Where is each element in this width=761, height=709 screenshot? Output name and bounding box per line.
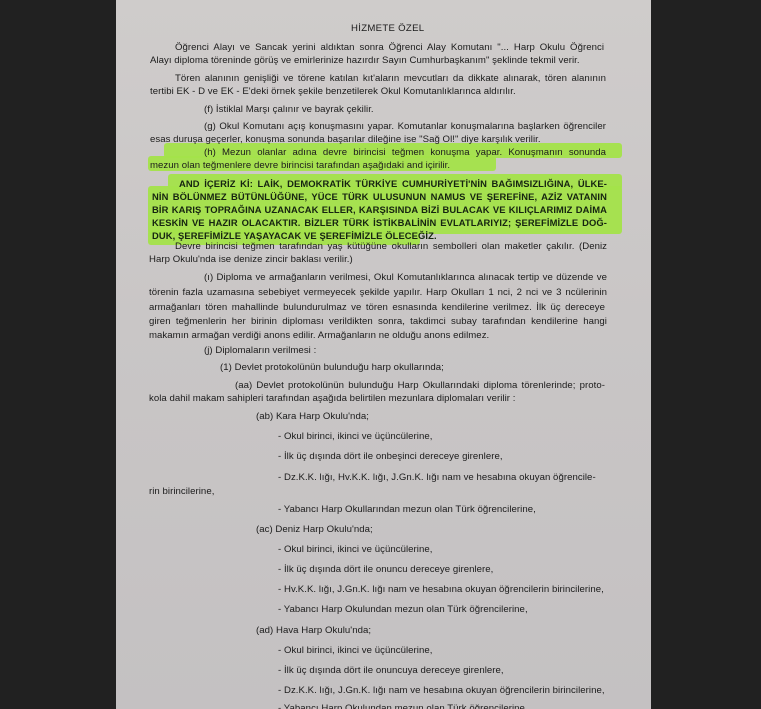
list-item: - İlk üç dışında dört ile onuncuya derec…: [278, 665, 504, 677]
paragraph-line: (g) Okul Komutanı açış konuşmasını yapar…: [204, 121, 606, 133]
paragraph-line: (f) İstiklal Marşı çalınır ve bayrak çek…: [204, 104, 374, 116]
paragraph-line: mezun olan teğmenlere devre birincisi ta…: [150, 160, 450, 172]
oath-line: KESKİN VE HAZIR OLACAKTIR. BİZLER TÜRK İ…: [152, 217, 607, 229]
paragraph-line: kola dahil makam sahipleri tarafından aş…: [149, 393, 515, 405]
list-item: - İlk üç dışında dört ile onbeşinci dere…: [278, 451, 503, 463]
list-item: - Yabancı Harp Okullarından mezun olan T…: [278, 504, 536, 516]
oath-line: AND İÇERİZ Kİ: LAİK, DEMOKRATİK TÜRKİYE …: [179, 178, 607, 190]
paragraph-line: esas duruşa geçerler, konuşma sonunda ba…: [150, 134, 541, 146]
list-item: - İlk üç dışında dört ile onuncu derecey…: [278, 564, 493, 576]
document-header: HİZMETE ÖZEL: [351, 23, 424, 35]
paragraph-line: (ı) Diploma ve armağanların verilmesi, O…: [204, 272, 607, 284]
paragraph-line: (h) Mezun olanlar adına devre birincisi …: [204, 147, 606, 159]
paragraph-line: (j) Diplomaların verilmesi :: [204, 345, 316, 357]
list-item: - Hv.K.K. lığı, J.Gn.K. lığı nam ve hesa…: [278, 584, 604, 596]
paragraph-line: Devre birincisi teğmen tarafından yaş kü…: [175, 241, 607, 253]
paragraph-line: tertibi EK - D ve EK - E'deki örnek şeki…: [150, 86, 516, 98]
list-item: - Dz.K.K. lığı, J.Gn.K. lığı nam ve hesa…: [278, 685, 605, 697]
oath-line: NİN BÖLÜNMEZ BÜTÜNLÜĞÜNE, YÜCE TÜRK ULUS…: [152, 191, 607, 203]
paragraph-line: Alayı diploma töreninde görüş ve emirler…: [150, 55, 580, 67]
paragraph-line: Öğrenci Alayı ve Sancak yerini aldıktan …: [175, 42, 604, 54]
list-item: - Okul birinci, ikinci ve üçüncülerine,: [278, 544, 432, 556]
paragraph-line: (aa) Devlet protokolünün bulunduğu Harp …: [235, 380, 605, 392]
list-item: - Okul birinci, ikinci ve üçüncülerine,: [278, 431, 432, 443]
paragraph-line: törenin fazla uzamasına sebebiyet vermey…: [149, 287, 607, 299]
list-item: - Dz.K.K. lığı, Hv.K.K. lığı, J.Gn.K. lı…: [278, 472, 596, 484]
paragraph-line: giren teğmenlerin her birinin diploması …: [149, 316, 607, 328]
paragraph-line: (1) Devlet protokolünün bulunduğu harp o…: [220, 362, 444, 374]
list-item: rin birincilerine,: [149, 486, 214, 498]
oath-line: BİR KARIŞ TOPRAĞINA UZANACAK ELLER, KARŞ…: [152, 204, 607, 216]
list-item: - Yabancı Harp Okulundan mezun olan Türk…: [278, 703, 528, 709]
section-heading: (ab) Kara Harp Okulu'nda;: [256, 411, 369, 423]
list-item: - Okul birinci, ikinci ve üçüncülerine,: [278, 645, 432, 657]
document-page: HİZMETE ÖZEL Öğrenci Alayı ve Sancak yer…: [116, 0, 651, 709]
paragraph-line: Tören alanının genişliği ve törene katıl…: [175, 73, 606, 85]
section-heading: (ac) Deniz Harp Okulu'nda;: [256, 524, 373, 536]
paragraph-line: Harp Okulu'nda ise denize zincir baklası…: [149, 254, 353, 266]
section-heading: (ad) Hava Harp Okulu'nda;: [256, 625, 371, 637]
paragraph-line: armağanları tören mahallinde bulundurulm…: [149, 302, 605, 314]
list-item: - Yabancı Harp Okulundan mezun olan Türk…: [278, 604, 528, 616]
paragraph-line: makamın armağan verdiği anons edilir. Ar…: [149, 330, 489, 342]
